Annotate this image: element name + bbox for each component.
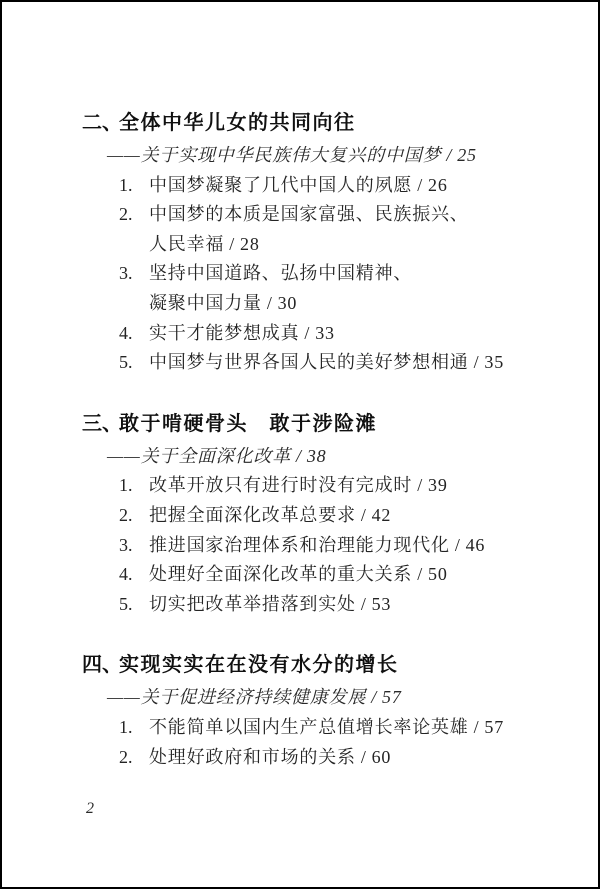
subtitle-text: ——关于实现中华民族伟大复兴的中国梦 — [107, 141, 441, 171]
page-separator: / — [417, 475, 423, 495]
section-title: 全体中华儿女的共同向往 — [119, 108, 356, 138]
toc-item-title: 处理好全面深化改革的重大关系 — [149, 564, 412, 584]
toc-item-title: 推进国家治理体系和治理能力现代化 — [149, 535, 450, 555]
toc-item-title: 实干才能梦想成真 — [149, 323, 299, 343]
subtitle-page-number: 38 — [307, 442, 327, 472]
toc-item-page: 35 — [484, 352, 504, 372]
toc-item-title: 坚持中国道路、弘扬中国精神、 — [149, 259, 412, 289]
toc-item-title: 中国梦与世界各国人民的美好梦想相通 — [149, 352, 469, 372]
page-separator: / — [455, 535, 461, 555]
toc-item-number: 4. — [119, 560, 149, 590]
toc-item-text: 坚持中国道路、弘扬中国精神、 凝聚中国力量/30 — [149, 259, 412, 318]
toc-item-page: 39 — [428, 475, 448, 495]
toc-item-page: 46 — [466, 535, 486, 555]
page-number: 2 — [86, 800, 94, 818]
toc-item-page: 42 — [372, 505, 392, 525]
toc-item-text: 不能简单以国内生产总值增长率论英雄/57 — [149, 713, 504, 743]
toc-item-number: 5. — [119, 348, 149, 378]
toc-item-title: 处理好政府和市场的关系 — [149, 747, 356, 767]
page-separator: / — [474, 352, 480, 372]
toc-item-title: 不能简单以国内生产总值增长率论英雄 — [149, 717, 469, 737]
toc-item: 1. 改革开放只有进行时没有完成时/39 — [82, 471, 564, 501]
toc-item-number: 4. — [119, 319, 149, 349]
page-separator: / — [229, 234, 235, 254]
toc-item: 1. 中国梦凝聚了几代中国人的夙愿/26 — [82, 171, 564, 201]
toc-item-page: 57 — [484, 717, 504, 737]
toc-item-number: 3. — [119, 259, 149, 318]
page-separator: / — [446, 141, 452, 171]
toc-item: 4. 实干才能梦想成真/33 — [82, 319, 564, 349]
page-separator: / — [361, 747, 367, 767]
toc-item-text: 处理好政府和市场的关系/60 — [149, 743, 391, 773]
subtitle-text: ——关于促进经济持续健康发展 — [107, 683, 366, 713]
section-heading: 二、 全体中华儿女的共同向往 — [82, 108, 564, 138]
subtitle-page-number: 25 — [457, 141, 477, 171]
section-subtitle: ——关于全面深化改革/38 — [82, 442, 564, 472]
toc-item-title-cont: 人民幸福 — [149, 234, 224, 254]
toc-item-continuation: 凝聚中国力量/30 — [149, 289, 412, 319]
toc-item: 3. 坚持中国道路、弘扬中国精神、 凝聚中国力量/30 — [82, 259, 564, 318]
toc-item-page: 60 — [372, 747, 392, 767]
section-title: 实现实实在在没有水分的增长 — [119, 650, 399, 680]
toc-item: 3. 推进国家治理体系和治理能力现代化/46 — [82, 531, 564, 561]
toc-item: 2. 处理好政府和市场的关系/60 — [82, 743, 564, 773]
page-separator: / — [417, 564, 423, 584]
toc-content: 二、 全体中华儿女的共同向往 ——关于实现中华民族伟大复兴的中国梦/25 1. … — [82, 108, 564, 772]
book-toc-page: { "separator": "/", "footer": { "page_nu… — [0, 0, 600, 889]
section-subtitle: ——关于实现中华民族伟大复兴的中国梦/25 — [82, 141, 564, 171]
toc-item-number: 2. — [119, 200, 149, 259]
toc-item-text: 推进国家治理体系和治理能力现代化/46 — [149, 531, 485, 561]
toc-item-page: 50 — [428, 564, 448, 584]
toc-item-number: 2. — [119, 743, 149, 773]
toc-section-3: 三、 敢于啃硬骨头 敢于涉险滩 ——关于全面深化改革/38 1. 改革开放只有进… — [82, 409, 564, 620]
toc-item: 4. 处理好全面深化改革的重大关系/50 — [82, 560, 564, 590]
page-separator: / — [361, 594, 367, 614]
toc-item: 5. 切实把改革举措落到实处/53 — [82, 590, 564, 620]
toc-item-title: 把握全面深化改革总要求 — [149, 505, 356, 525]
section-heading: 四、 实现实实在在没有水分的增长 — [82, 650, 564, 680]
subtitle-page-number: 57 — [382, 683, 402, 713]
page-separator: / — [361, 505, 367, 525]
toc-item-page: 26 — [428, 175, 448, 195]
toc-item-continuation: 人民幸福/28 — [149, 230, 469, 260]
toc-item-page: 28 — [240, 234, 260, 254]
section-number: 二、 — [82, 108, 119, 138]
page-separator: / — [267, 293, 273, 313]
toc-item-number: 1. — [119, 171, 149, 201]
toc-item-title: 改革开放只有进行时没有完成时 — [149, 475, 412, 495]
toc-item-text: 中国梦凝聚了几代中国人的夙愿/26 — [149, 171, 448, 201]
section-number: 三、 — [82, 409, 119, 439]
toc-item-title: 中国梦凝聚了几代中国人的夙愿 — [149, 175, 412, 195]
section-title: 敢于啃硬骨头 敢于涉险滩 — [119, 409, 377, 439]
toc-item-page: 33 — [315, 323, 335, 343]
toc-item-text: 改革开放只有进行时没有完成时/39 — [149, 471, 448, 501]
subtitle-text: ——关于全面深化改革 — [107, 442, 291, 472]
toc-item-text: 处理好全面深化改革的重大关系/50 — [149, 560, 448, 590]
toc-item-number: 1. — [119, 471, 149, 501]
toc-item-page: 53 — [372, 594, 392, 614]
toc-item-number: 3. — [119, 531, 149, 561]
toc-item-title: 切实把改革举措落到实处 — [149, 594, 356, 614]
toc-item-text: 中国梦与世界各国人民的美好梦想相通/35 — [149, 348, 504, 378]
page-separator: / — [417, 175, 423, 195]
toc-item: 1. 不能简单以国内生产总值增长率论英雄/57 — [82, 713, 564, 743]
toc-item-text: 中国梦的本质是国家富强、民族振兴、 人民幸福/28 — [149, 200, 469, 259]
toc-item-number: 5. — [119, 590, 149, 620]
toc-item-number: 1. — [119, 713, 149, 743]
toc-item-title: 中国梦的本质是国家富强、民族振兴、 — [149, 200, 469, 230]
toc-item-title-cont: 凝聚中国力量 — [149, 293, 262, 313]
section-heading: 三、 敢于啃硬骨头 敢于涉险滩 — [82, 409, 564, 439]
toc-item-number: 2. — [119, 501, 149, 531]
toc-item-text: 把握全面深化改革总要求/42 — [149, 501, 391, 531]
toc-item-text: 实干才能梦想成真/33 — [149, 319, 335, 349]
toc-section-2: 二、 全体中华儿女的共同向往 ——关于实现中华民族伟大复兴的中国梦/25 1. … — [82, 108, 564, 378]
toc-item: 2. 中国梦的本质是国家富强、民族振兴、 人民幸福/28 — [82, 200, 564, 259]
page-separator: / — [371, 683, 377, 713]
toc-item: 2. 把握全面深化改革总要求/42 — [82, 501, 564, 531]
page-separator: / — [474, 717, 480, 737]
section-number: 四、 — [82, 650, 119, 680]
page-separator: / — [296, 442, 302, 472]
toc-item-page: 30 — [278, 293, 298, 313]
toc-item: 5. 中国梦与世界各国人民的美好梦想相通/35 — [82, 348, 564, 378]
section-subtitle: ——关于促进经济持续健康发展/57 — [82, 683, 564, 713]
page-separator: / — [304, 323, 310, 343]
toc-item-text: 切实把改革举措落到实处/53 — [149, 590, 391, 620]
toc-section-4: 四、 实现实实在在没有水分的增长 ——关于促进经济持续健康发展/57 1. 不能… — [82, 650, 564, 772]
